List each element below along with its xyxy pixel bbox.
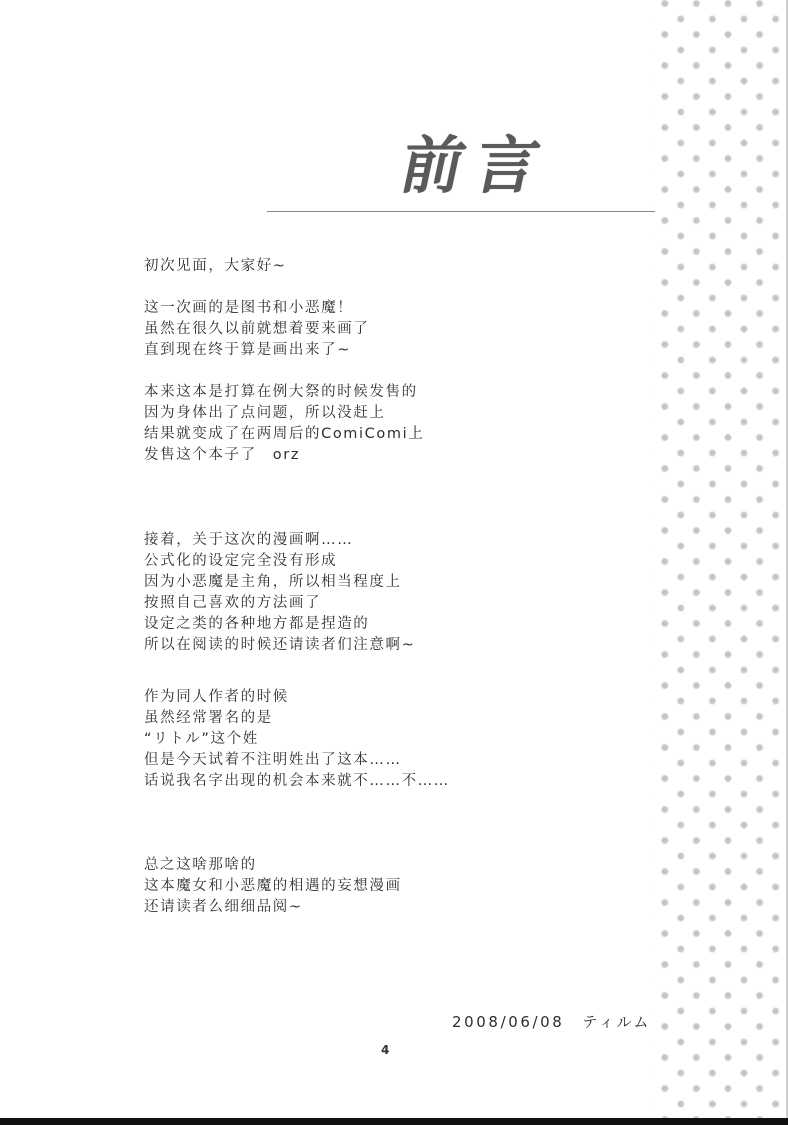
text-line: 设定之类的各种地方都是捏造的 bbox=[144, 614, 624, 635]
page-number: 4 bbox=[381, 1043, 389, 1057]
signature: 2008/06/08ティルム bbox=[452, 1012, 651, 1032]
text-line: 初次见面，大家好~ bbox=[144, 256, 624, 277]
text-line: 话说我名字出现的机会本来就不……不…… bbox=[144, 771, 624, 792]
paragraph-gap bbox=[144, 466, 624, 530]
page-title: 前言 bbox=[394, 128, 570, 204]
text-line: 本来这本是打算在例大祭的时候发售的 bbox=[144, 382, 624, 403]
paragraph-gap bbox=[144, 277, 624, 298]
text-line: “リトル”这个姓 bbox=[144, 729, 624, 750]
text-line: 虽然经常署名的是 bbox=[144, 708, 624, 729]
text-line: 虽然在很久以前就想着要来画了 bbox=[144, 319, 624, 340]
text-line: 直到现在终于算是画出来了~ bbox=[144, 340, 624, 361]
text-line: 按照自己喜欢的方法画了 bbox=[144, 593, 624, 614]
text-line: 结果就变成了在两周后的ComiComi上 bbox=[144, 424, 624, 445]
text-line: 总之这啥那啥的 bbox=[144, 855, 624, 876]
document-page: 前言 初次见面，大家好~ 这一次画的是图书和小恶魔！ 虽然在很久以前就想着要来画… bbox=[0, 0, 788, 1125]
title-divider bbox=[267, 211, 655, 212]
text-line: 因为身体出了点问题，所以没赶上 bbox=[144, 403, 624, 424]
signature-author: ティルム bbox=[582, 1013, 651, 1031]
paragraph-gap bbox=[144, 656, 624, 687]
text-line: 所以在阅读的时候还请读者们注意啊~ bbox=[144, 635, 624, 656]
text-line: 作为同人作者的时候 bbox=[144, 687, 624, 708]
text-line: 因为小恶魔是主角，所以相当程度上 bbox=[144, 572, 624, 593]
text-line: 发售这个本子了 orz bbox=[144, 445, 624, 466]
page-bottom-edge bbox=[0, 1118, 788, 1125]
text-line: 还请读者么细细品阅~ bbox=[144, 897, 624, 918]
paragraph-gap bbox=[144, 361, 624, 382]
signature-date: 2008/06/08 bbox=[452, 1013, 564, 1031]
text-line: 公式化的设定完全没有形成 bbox=[144, 551, 624, 572]
preface-body: 初次见面，大家好~ 这一次画的是图书和小恶魔！ 虽然在很久以前就想着要来画了 直… bbox=[144, 256, 624, 918]
text-line: 这一次画的是图书和小恶魔！ bbox=[144, 298, 624, 319]
text-line: 但是今天试着不注明姓出了这本…… bbox=[144, 750, 624, 771]
diamond-dot-pattern-decoration bbox=[652, 0, 788, 1118]
text-line: 这本魔女和小恶魔的相遇的妄想漫画 bbox=[144, 876, 624, 897]
paragraph-gap bbox=[144, 792, 624, 855]
text-line: 接着，关于这次的漫画啊…… bbox=[144, 530, 624, 551]
